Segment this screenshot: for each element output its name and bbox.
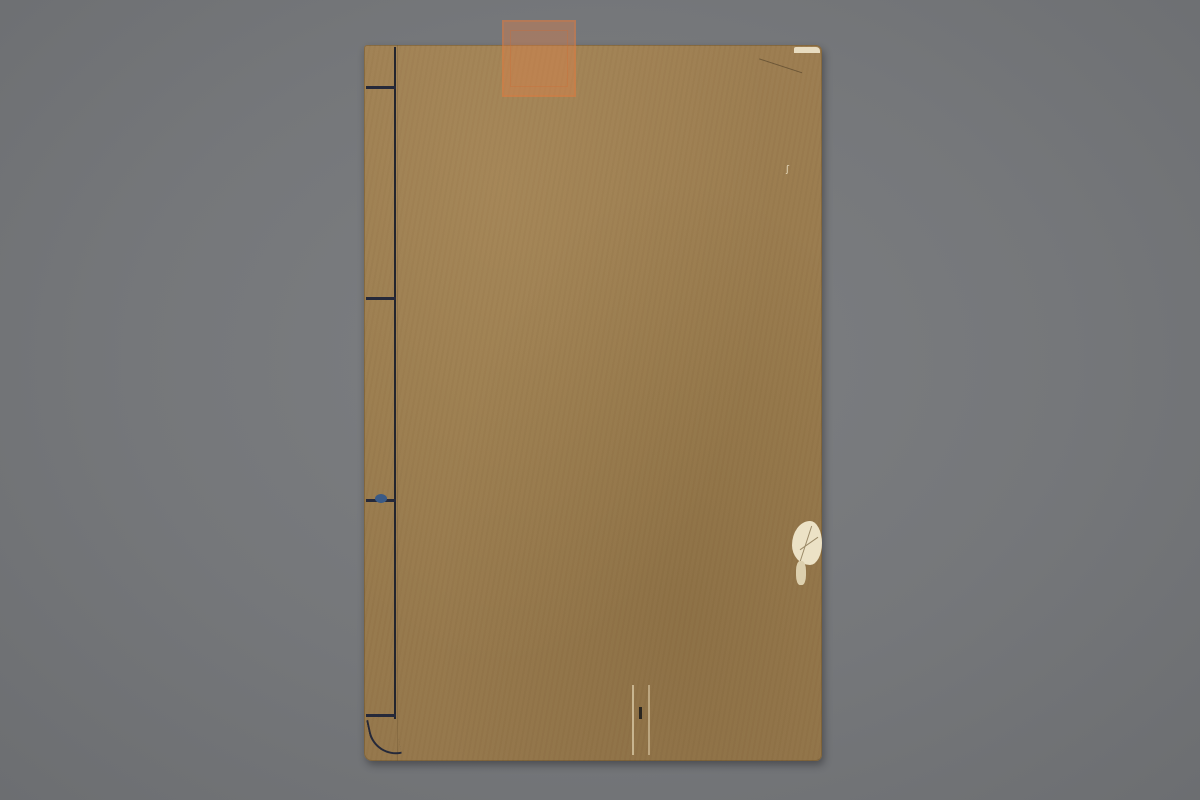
bottom-crack [632,685,650,755]
binding-thread-vertical [394,47,396,719]
photo-scene: ʃ [0,0,1200,800]
binding-stitch-1 [366,86,396,89]
crack-ink-mark [639,707,642,719]
tiny-glyph-mark: ʃ [786,165,789,175]
binding-stitch-2 [366,297,396,300]
book-cover: ʃ [364,45,822,761]
thread-knot [375,494,387,503]
seal-stamp-border [510,30,568,87]
ink-scratch-mark [755,58,802,86]
tear-tail [796,561,806,585]
book-spine-strip [364,45,398,761]
faded-seal-stamp [502,20,576,97]
corner-edge-chip [794,47,820,53]
